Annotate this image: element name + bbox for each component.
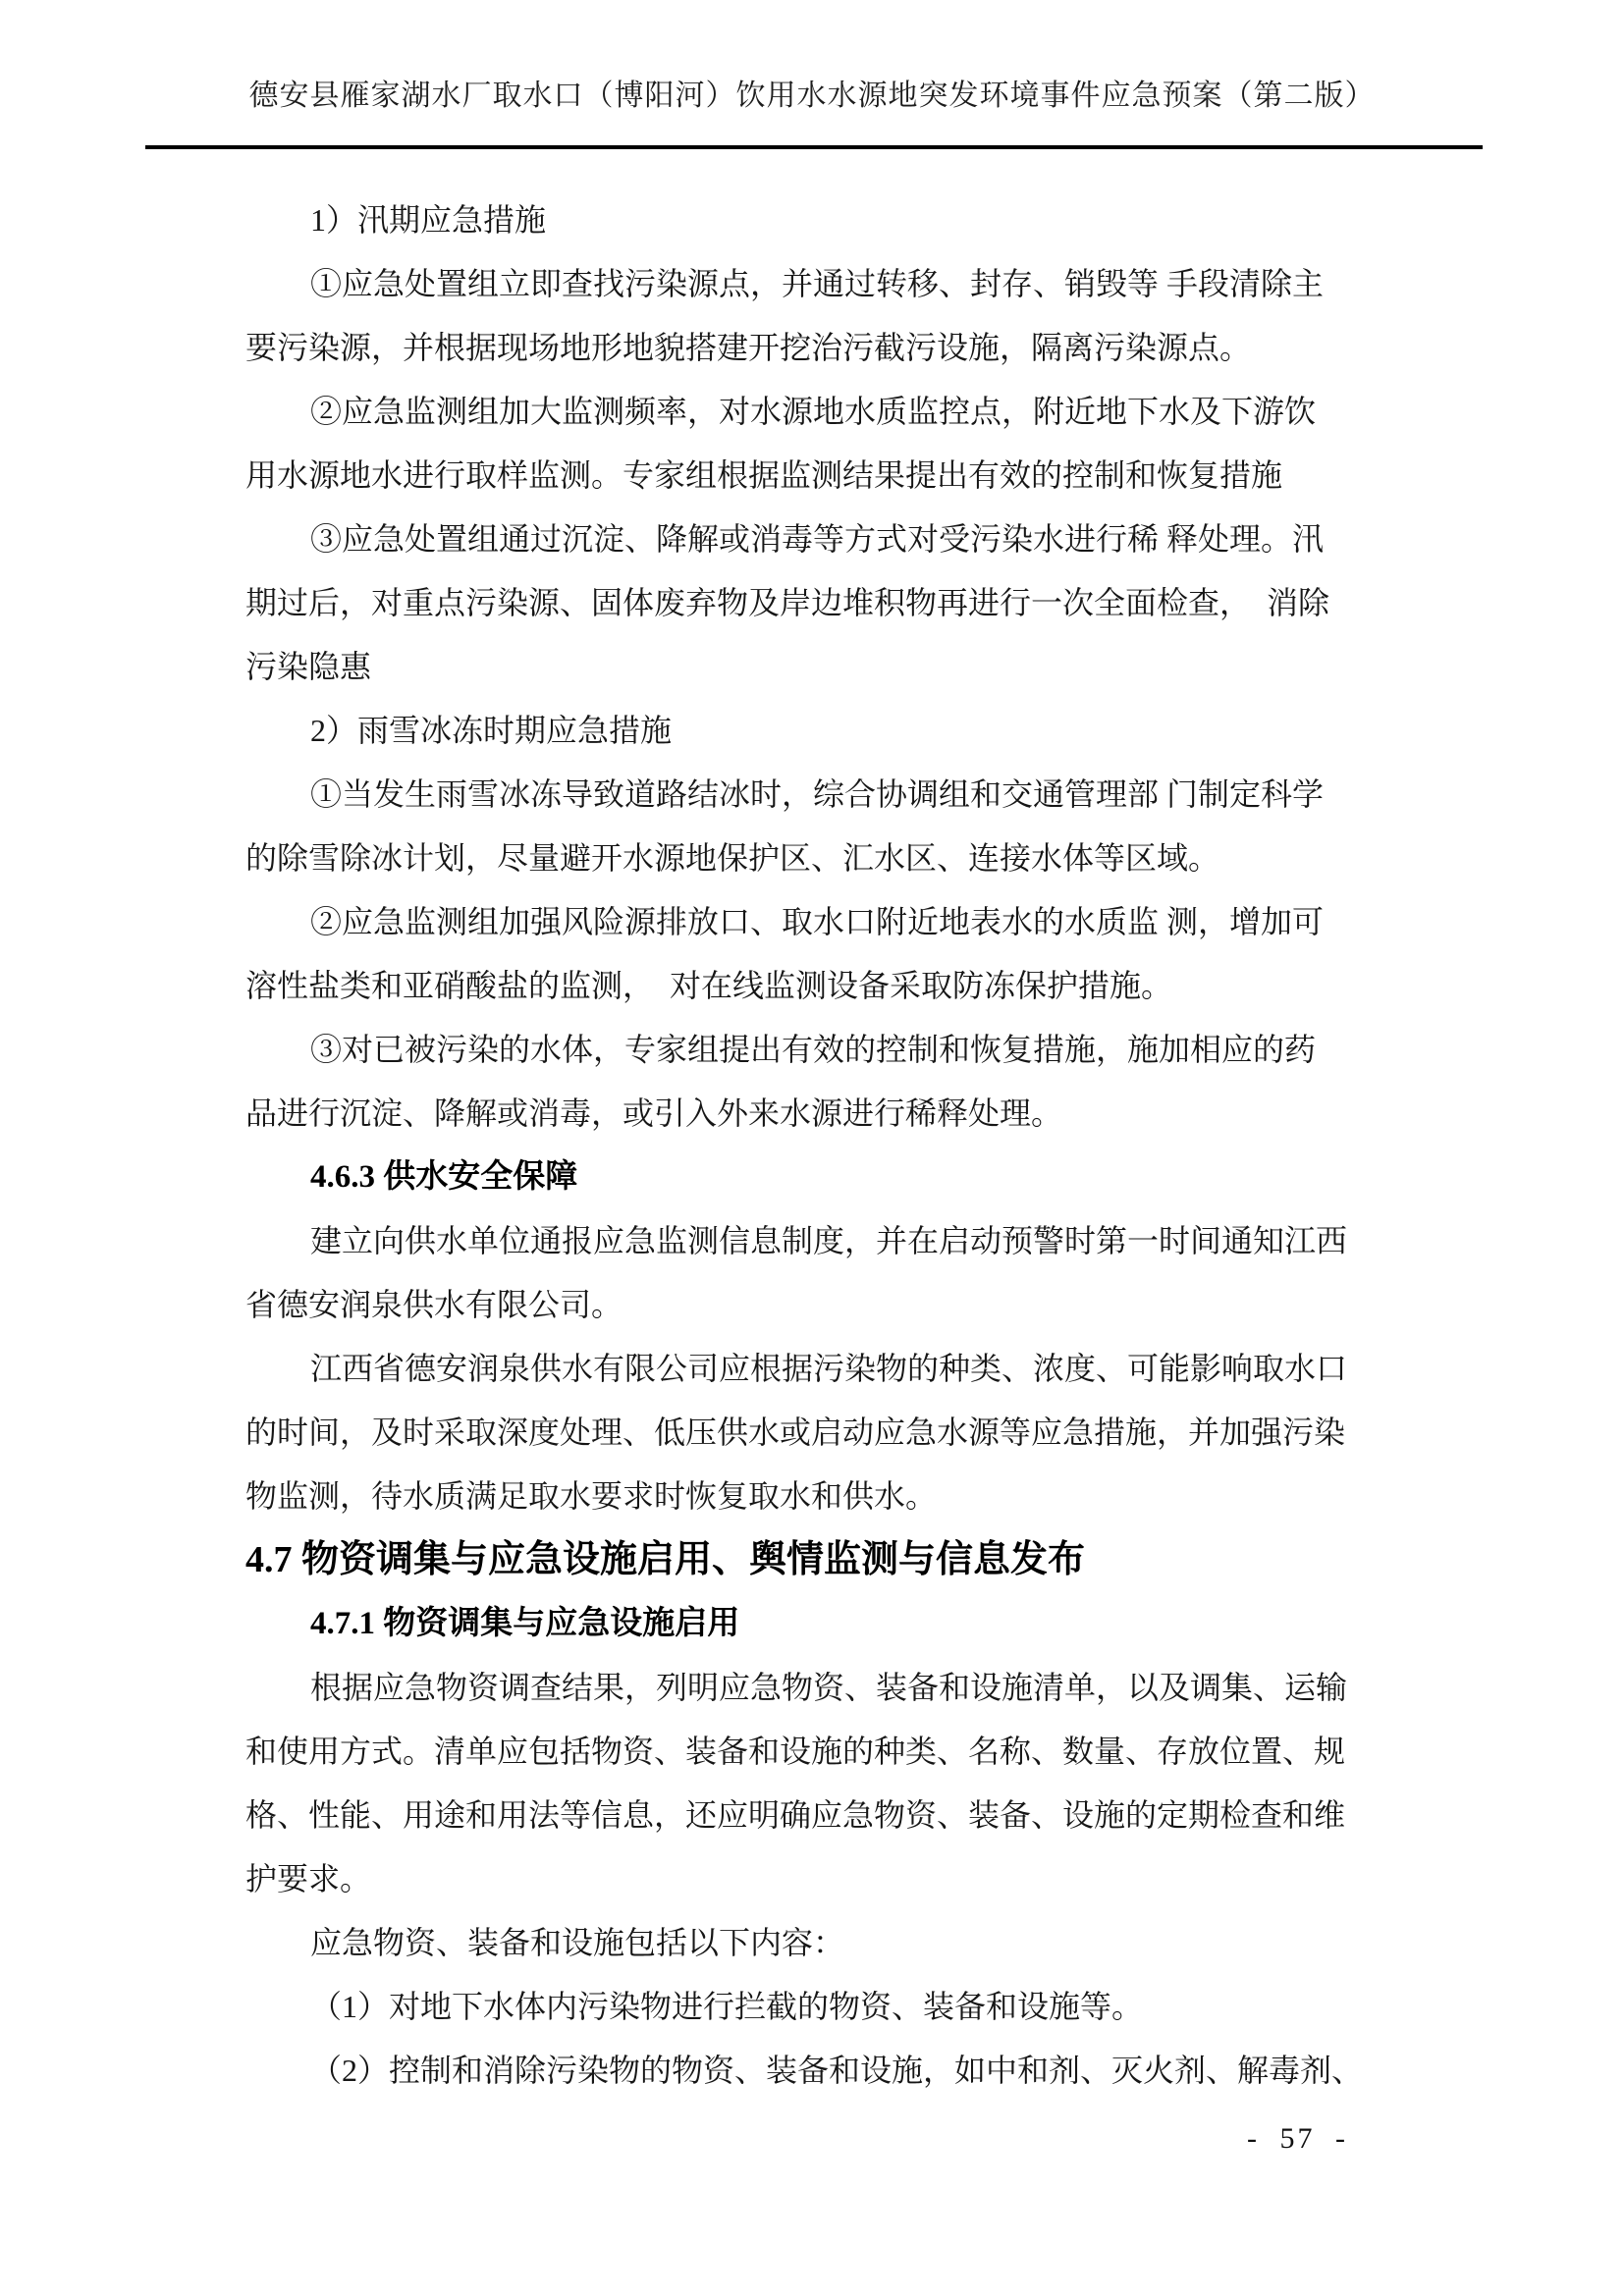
paragraph-line: 品进行沉淀、降解或消毒，或引入外来水源进行稀释处理。	[245, 1082, 1409, 1146]
paragraph-line: 格、性能、用途和用法等信息，还应明确应急物资、装备、设施的定期检查和维	[245, 1784, 1409, 1847]
section-heading-4-7: 4.7 物资调集与应急设施启用、舆情监测与信息发布	[245, 1528, 1409, 1592]
paragraph-line: 期过后，对重点污染源、固体废弃物及岸边堆积物再进行一次全面检查， 消除	[245, 571, 1409, 635]
list-item-2: （2）控制和消除污染物的物资、装备和设施，如中和剂、灭火剂、解毒剂、	[245, 2039, 1409, 2103]
section-heading-4-7-1: 4.7.1 物资调集与应急设施启用	[245, 1592, 1409, 1656]
paragraph-line: ①应急处置组立即查找污染源点，并通过转移、封存、销毁等 手段清除主	[245, 252, 1409, 316]
document-body: 1）汛期应急措施 ①应急处置组立即查找污染源点，并通过转移、封存、销毁等 手段清…	[245, 188, 1409, 2103]
paragraph-line: 用水源地水进行取样监测。专家组根据监测结果提出有效的控制和恢复措施	[245, 444, 1409, 507]
paragraph-line: ③应急处置组通过沉淀、降解或消毒等方式对受污染水进行稀 释处理。汛	[245, 507, 1409, 571]
list-item-1: （1）对地下水体内污染物进行拦截的物资、装备和设施等。	[245, 1975, 1409, 2039]
paragraph-line: 的时间，及时采取深度处理、低压供水或启动应急水源等应急措施，并加强污染	[245, 1401, 1409, 1465]
document-page: 德安县雁家湖水厂取水口（博阳河）饮用水水源地突发环境事件应急预案（第二版） 1）…	[0, 0, 1624, 2296]
paragraph-line: ②应急监测组加强风险源排放口、取水口附近地表水的水质监 测，增加可	[245, 890, 1409, 954]
paragraph-line: ②应急监测组加大监测频率，对水源地水质监控点，附近地下水及下游饮	[245, 380, 1409, 444]
paragraph-line: 建立向供水单位通报应急监测信息制度，并在启动预警时第一时间通知江西	[245, 1209, 1409, 1273]
paragraph-line: 污染隐惠	[245, 635, 1409, 699]
paragraph-line: 物监测，待水质满足取水要求时恢复取水和供水。	[245, 1465, 1409, 1528]
paragraph-line: 省德安润泉供水有限公司。	[245, 1273, 1409, 1337]
document-header-title: 德安县雁家湖水厂取水口（博阳河）饮用水水源地突发环境事件应急预案（第二版）	[0, 71, 1624, 114]
header-rule	[145, 145, 1483, 149]
paragraph-line: 应急物资、装备和设施包括以下内容：	[245, 1911, 1409, 1975]
page-number: - 57 -	[1247, 2122, 1348, 2156]
paragraph-line: 江西省德安润泉供水有限公司应根据污染物的种类、浓度、可能影响取水口	[245, 1337, 1409, 1401]
paragraph-line: 根据应急物资调查结果，列明应急物资、装备和设施清单，以及调集、运输	[245, 1656, 1409, 1720]
paragraph-line: 要污染源，并根据现场地形地貌搭建开挖治污截污设施，隔离污染源点。	[245, 316, 1409, 380]
list-heading-snow-ice-period: 2）雨雪冰冻时期应急措施	[245, 699, 1409, 763]
list-heading-flood-period: 1）汛期应急措施	[245, 188, 1409, 252]
paragraph-line: 溶性盐类和亚硝酸盐的监测， 对在线监测设备采取防冻保护措施。	[245, 954, 1409, 1018]
paragraph-line: 护要求。	[245, 1847, 1409, 1911]
paragraph-line: ①当发生雨雪冰冻导致道路结冰时，综合协调组和交通管理部 门制定科学	[245, 763, 1409, 827]
paragraph-line: ③对已被污染的水体，专家组提出有效的控制和恢复措施，施加相应的药	[245, 1018, 1409, 1082]
section-heading-4-6-3: 4.6.3 供水安全保障	[245, 1146, 1409, 1209]
paragraph-line: 的除雪除冰计划，尽量避开水源地保护区、汇水区、连接水体等区域。	[245, 827, 1409, 890]
paragraph-line: 和使用方式。清单应包括物资、装备和设施的种类、名称、数量、存放位置、规	[245, 1720, 1409, 1784]
